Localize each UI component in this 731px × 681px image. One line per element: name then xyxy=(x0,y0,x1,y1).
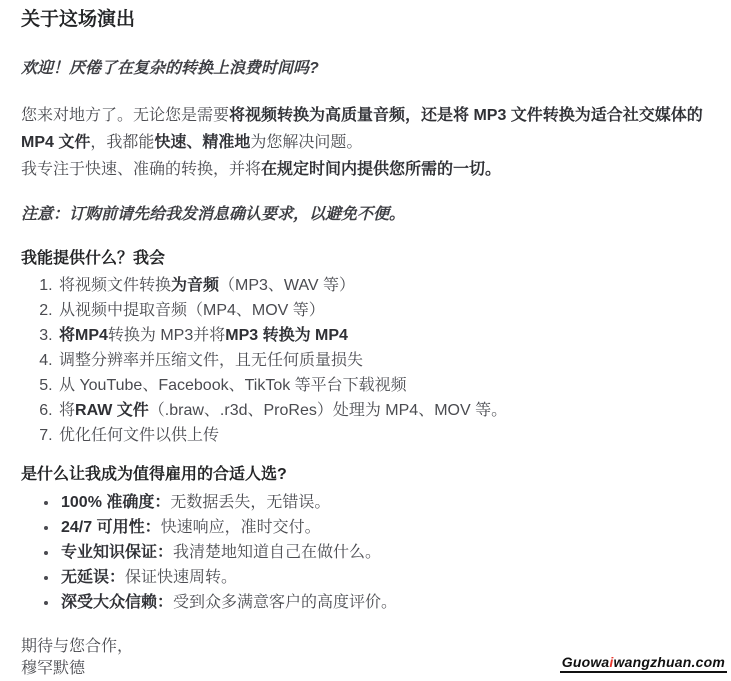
watermark-prefix: Guowa xyxy=(562,654,610,670)
gig-description: 关于这场演出 欢迎！厌倦了在复杂的转换上浪费时间吗? 您来对地方了。无论您是需要… xyxy=(0,0,731,680)
services-list: 将视频文件转换为音频（MP3、WAV 等） 从视频中提取音频（MP4、MOV 等… xyxy=(21,273,710,448)
service-item-4: 调整分辨率并压缩文件，且无任何质量损失 xyxy=(57,348,710,373)
why-item-4: 无延误：保证快速周转。 xyxy=(59,565,710,590)
why-hire-list: 100% 准确度：无数据丢失，无错误。 24/7 可用性：快速响应，准时交付。 … xyxy=(21,490,710,615)
welcome-line: 欢迎！厌倦了在复杂的转换上浪费时间吗? xyxy=(21,58,710,79)
why-item-2: 24/7 可用性：快速响应，准时交付。 xyxy=(59,515,710,540)
intro-line-1: 您来对地方了。无论您是需要将视频转换为高质量音频，还是将 MP3 文件转换为适合… xyxy=(21,102,710,156)
why-item-3: 专业知识保证：我清楚地知道自己在做什么。 xyxy=(59,540,710,565)
watermark-suffix: wangzhuan.com xyxy=(614,654,726,670)
intro-paragraph: 您来对地方了。无论您是需要将视频转换为高质量音频，还是将 MP3 文件转换为适合… xyxy=(21,102,710,183)
note-line: 注意：订购前请先给我发消息确认要求，以避免不便。 xyxy=(21,204,710,225)
page-title: 关于这场演出 xyxy=(21,8,710,32)
why-item-5: 深受大众信赖：受到众多满意客户的高度评价。 xyxy=(59,590,710,615)
services-heading: 我能提供什么？我会 xyxy=(21,248,710,269)
watermark: Guowaiwangzhuan.com xyxy=(560,654,727,673)
service-item-7: 优化任何文件以供上传 xyxy=(57,423,710,448)
intro-line-2: 我专注于快速、准确的转换，并将在规定时间内提供您所需的一切。 xyxy=(21,156,710,183)
service-item-2: 从视频中提取音频（MP4、MOV 等） xyxy=(57,298,710,323)
service-item-1: 将视频文件转换为音频（MP3、WAV 等） xyxy=(57,273,710,298)
why-item-1: 100% 准确度：无数据丢失，无错误。 xyxy=(59,490,710,515)
service-item-6: 将RAW 文件（.braw、.r3d、ProRes）处理为 MP4、MOV 等。 xyxy=(57,398,710,423)
service-item-5: 从 YouTube、Facebook、TikTok 等平台下载视频 xyxy=(57,373,710,398)
service-item-3: 将MP4转换为 MP3并将MP3 转换为 MP4 xyxy=(57,323,710,348)
why-hire-heading: 是什么让我成为值得雇用的合适人选? xyxy=(21,464,710,485)
